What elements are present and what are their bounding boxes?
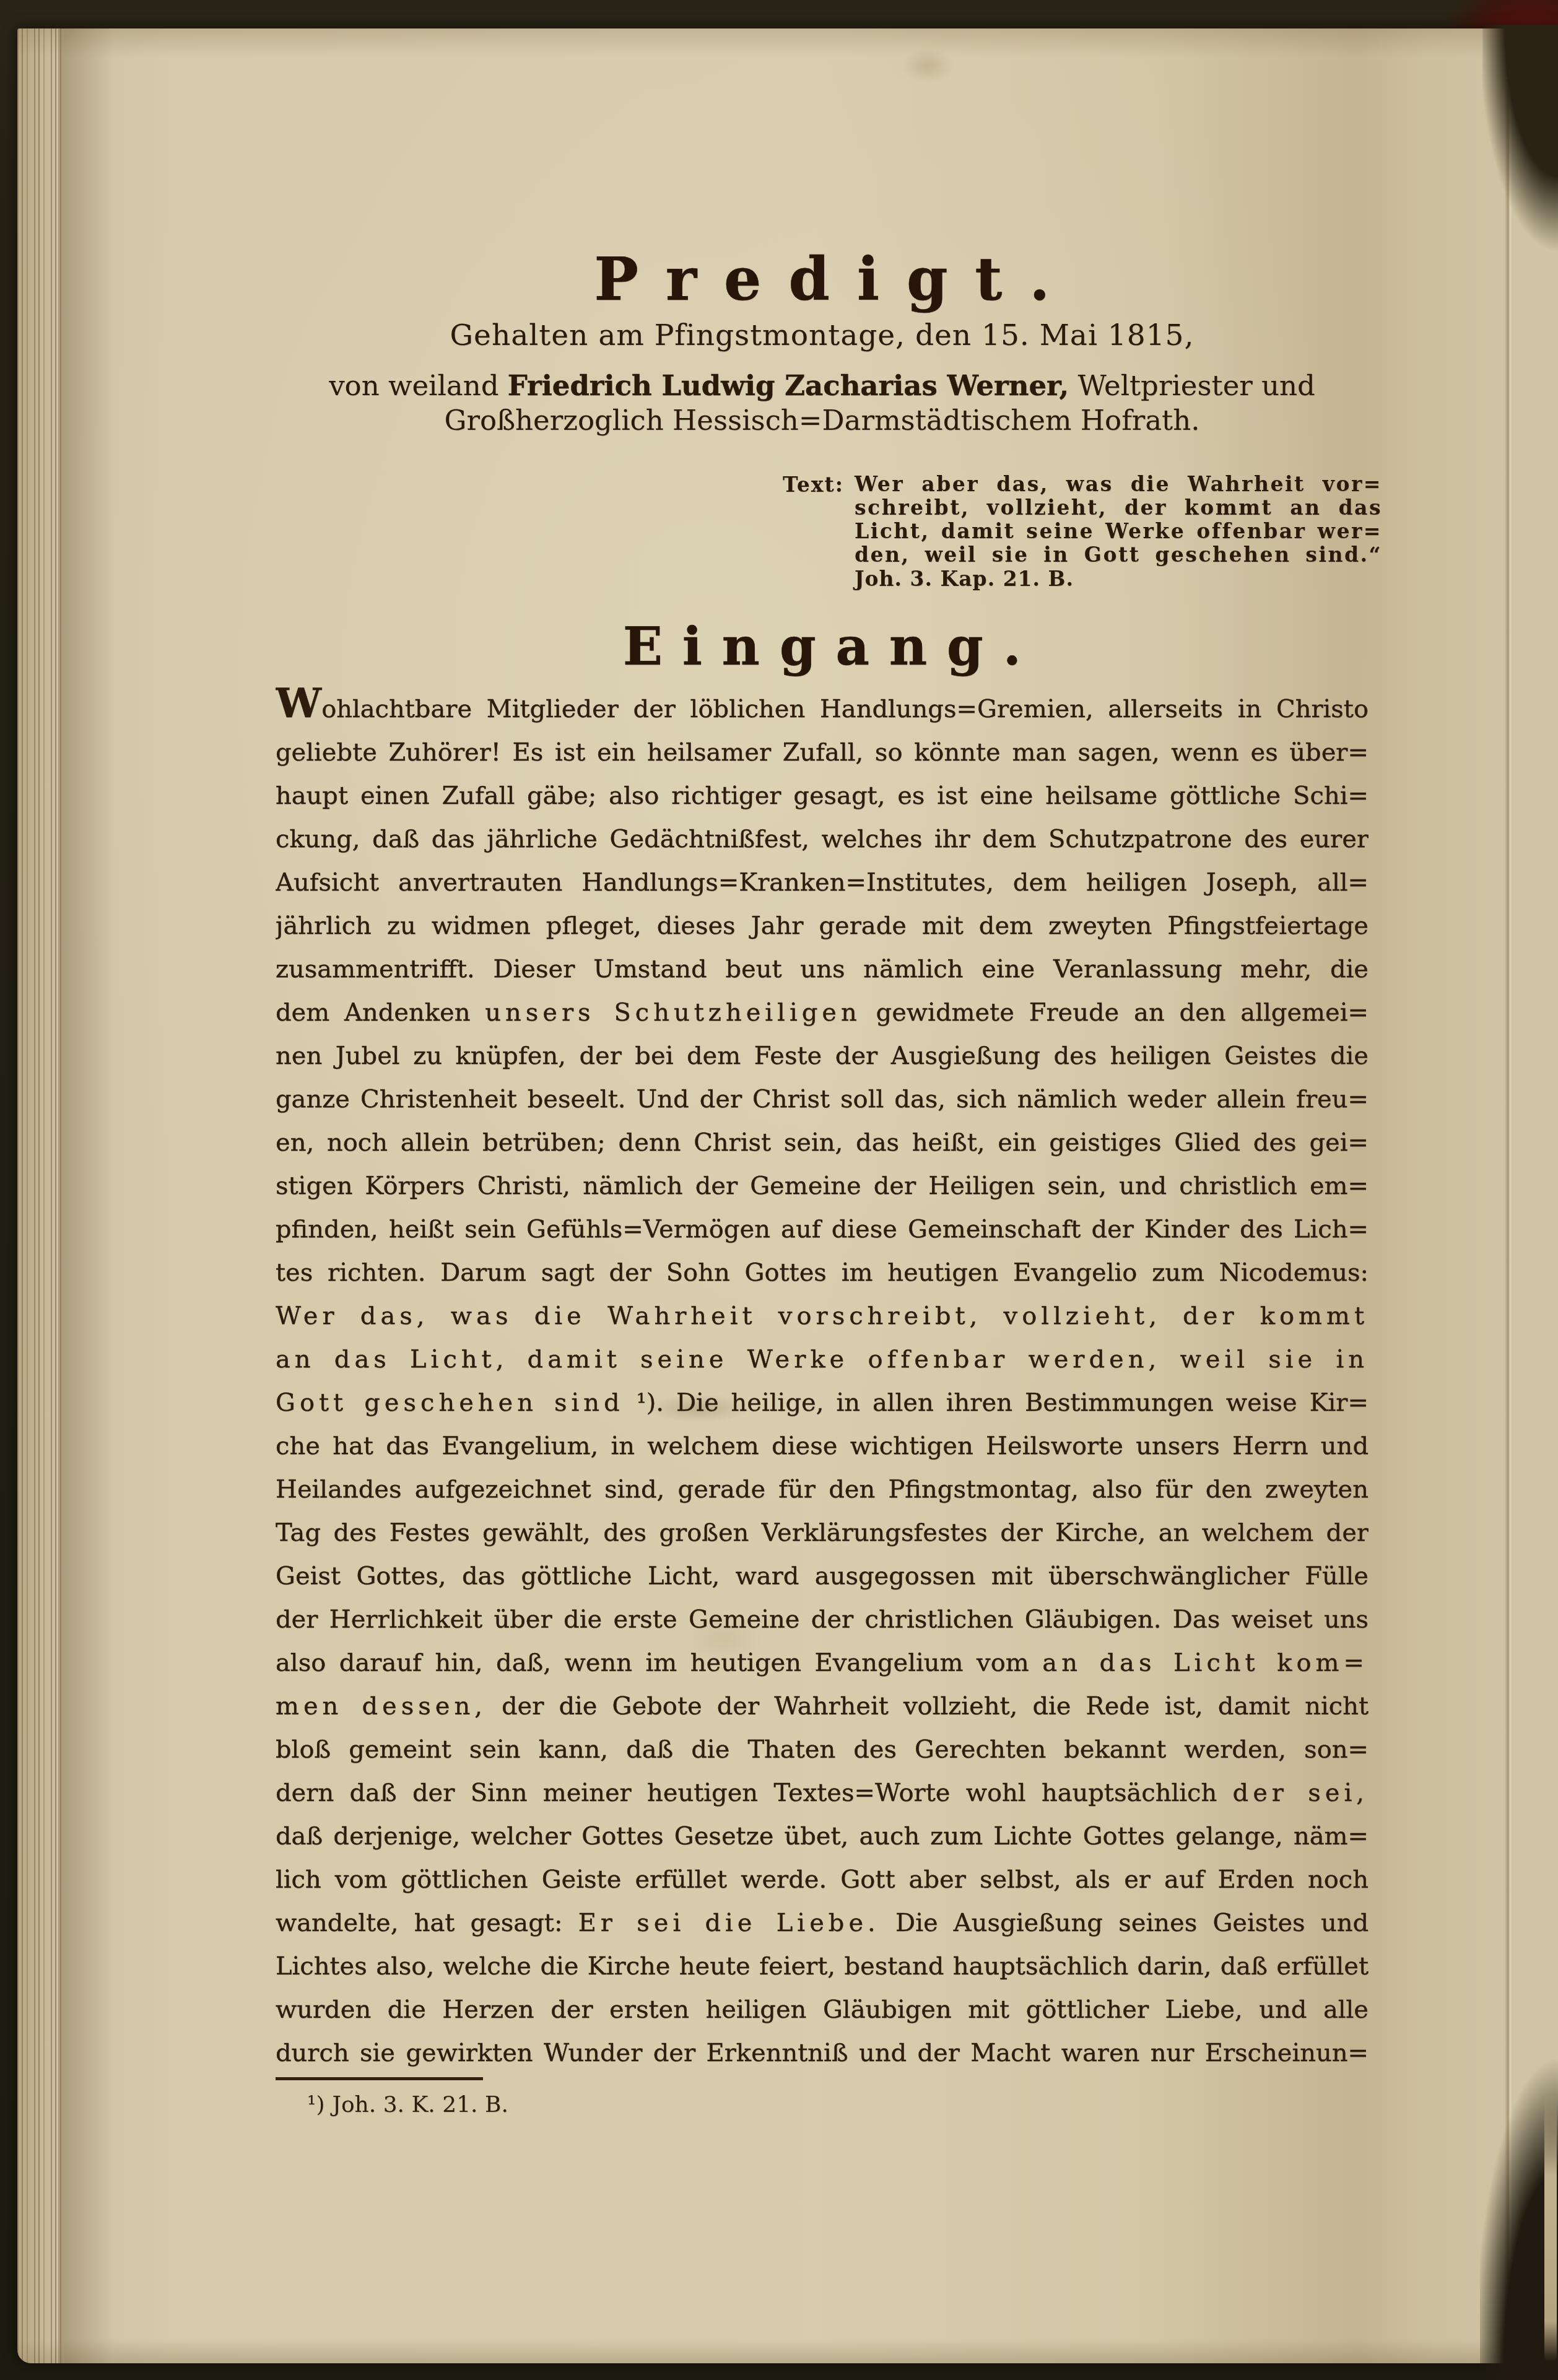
- body-line: Geist Gottes, das göttliche Licht, ward …: [276, 1554, 1369, 1598]
- author-line: von weiland Friedrich Ludwig Zacharias W…: [276, 369, 1369, 402]
- body-text: lich vom göttlichen Geiste erfüllet werd…: [276, 1865, 1369, 1894]
- body-line: Aufsicht anvertrauten Handlungs=Kranken=…: [276, 861, 1369, 904]
- body-text: Geist Gottes, das göttliche Licht, ward …: [276, 1562, 1369, 1590]
- sermon-occasion: Gehalten am Pfingstmontage, den 15. Mai …: [276, 318, 1369, 352]
- body-text: dem Andenken: [276, 998, 485, 1027]
- body-text: Die Ausgießung seines Geistes und: [880, 1909, 1369, 1937]
- author-prefix: von weiland: [329, 369, 508, 402]
- body-text: der die Gebote der Wahrheit vollzieht, d…: [487, 1692, 1369, 1720]
- body-text: geliebte Zuhörer! Es ist ein heilsamer Z…: [276, 738, 1369, 767]
- body-line: Wer das, was die Wahrheit vorschreibt, v…: [276, 1294, 1369, 1338]
- emphasized-spaced-text: Gott geschehen sind: [276, 1388, 624, 1417]
- body-text: nen Jubel zu knüpfen, der bei dem Feste …: [276, 1042, 1369, 1070]
- drop-cap: W: [276, 687, 321, 727]
- body-line: also darauf hin, daß, wenn im heutigen E…: [276, 1641, 1369, 1685]
- body-text: ckung, daß das jährliche Gedächtnißfest,…: [276, 825, 1369, 853]
- body-text: ¹). Die heilige, in allen ihren Bestimmu…: [624, 1388, 1369, 1417]
- body-text: haupt einen Zufall gäbe; also richtiger …: [276, 782, 1369, 810]
- body-line: dem Andenken unsers Schutzheiligen gewid…: [276, 991, 1369, 1034]
- body-text: wurden die Herzen der ersten heiligen Gl…: [276, 1995, 1369, 2024]
- author-name: Friedrich Ludwig Zacharias Werner,: [508, 369, 1069, 402]
- body-text: Heilandes aufgezeichnet sind, gerade für…: [276, 1475, 1369, 1504]
- body-text: che hat das Evangelium, in welchem diese…: [276, 1432, 1369, 1460]
- next-page-edge: [1544, 2095, 1557, 2361]
- epigraph-line: Wer aber das, was die Wahrheit vor=: [855, 473, 1382, 496]
- body-line: tes richten. Darum sagt der Sohn Gottes …: [276, 1251, 1369, 1294]
- body-text: Aufsicht anvertrauten Handlungs=Kranken=…: [276, 868, 1369, 897]
- page-crease: [1505, 28, 1512, 2363]
- epigraph-line: den, weil sie in Gott geschehen sind.“: [855, 543, 1382, 567]
- author-suffix: Weltpriester und: [1069, 369, 1315, 402]
- body-line: der Herrlichkeit über die erste Gemeine …: [276, 1598, 1369, 1641]
- body-line: wandelte, hat gesagt: Er sei die Liebe. …: [276, 1901, 1369, 1945]
- emphasized-spaced-text: Er sei die Liebe.: [578, 1909, 880, 1937]
- epigraph-line: Licht, damit seine Werke offenbar wer=: [855, 520, 1382, 543]
- body-text: bloß gemeint sein kann, daß die Thaten d…: [276, 1735, 1369, 1764]
- epigraph-block: Text: Wer aber das, was die Wahrheit vor…: [855, 473, 1382, 591]
- body-text: pfinden, heißt sein Gefühls=Vermögen auf…: [276, 1215, 1369, 1244]
- body-text: stigen Körpers Christi, nämlich der Geme…: [276, 1172, 1369, 1200]
- body-line: Tag des Festes gewählt, des großen Verkl…: [276, 1511, 1369, 1554]
- body-text: tes richten. Darum sagt der Sohn Gottes …: [276, 1258, 1369, 1287]
- sermon-title: Predigt.: [276, 245, 1369, 314]
- emphasized-spaced-text: men dessen,: [276, 1692, 487, 1720]
- body-line: daß derjenige, welcher Gottes Gesetze üb…: [276, 1815, 1369, 1858]
- body-text: dern daß der Sinn meiner heutigen Textes…: [276, 1779, 1233, 1807]
- body-line: durch sie gewirkten Wunder der Erkenntni…: [276, 2031, 1369, 2075]
- body-line: ckung, daß das jährliche Gedächtnißfest,…: [276, 817, 1369, 861]
- body-text: ohlachtbare Mitglieder der löblichen Han…: [321, 695, 1369, 723]
- body-text: der Herrlichkeit über die erste Gemeine …: [276, 1605, 1369, 1634]
- body-line: men dessen, der die Gebote der Wahrheit …: [276, 1685, 1369, 1728]
- body-line: lich vom göttlichen Geiste erfüllet werd…: [276, 1858, 1369, 1901]
- emphasized-spaced-text: Wer das, was die Wahrheit vorschreibt, v…: [276, 1302, 1369, 1330]
- body-text: ganze Christenheit beseelt. Und der Chri…: [276, 1085, 1369, 1114]
- body-text: durch sie gewirkten Wunder der Erkenntni…: [276, 2039, 1369, 2067]
- body-text: zusammentrifft. Dieser Umstand beut uns …: [276, 955, 1369, 983]
- body-text: wandelte, hat gesagt:: [276, 1909, 578, 1937]
- body-line: Wohlachtbare Mitglieder der löblichen Ha…: [276, 687, 1369, 731]
- epigraph-line: schreibt, vollzieht, der kommt an das: [855, 496, 1382, 520]
- body-line: bloß gemeint sein kann, daß die Thaten d…: [276, 1728, 1369, 1771]
- epigraph-citation: Joh. 3. Kap. 21. B.: [855, 567, 1382, 591]
- body-line: en, noch allein betrüben; denn Christ se…: [276, 1121, 1369, 1164]
- body-line: Lichtes also, welche die Kirche heute fe…: [276, 1945, 1369, 1988]
- body-line: ganze Christenheit beseelt. Und der Chri…: [276, 1078, 1369, 1121]
- emphasized-spaced-text: an das Licht, damit seine Werke offenbar…: [276, 1345, 1369, 1374]
- body-text: gewidmete Freude an den allgemei=: [861, 998, 1369, 1027]
- body-line: geliebte Zuhörer! Es ist ein heilsamer Z…: [276, 731, 1369, 774]
- body-text: daß derjenige, welcher Gottes Gesetze üb…: [276, 1822, 1369, 1850]
- footnote-rule: [276, 2077, 483, 2080]
- body-text: jährlich zu widmen pfleget, dieses Jahr …: [276, 912, 1369, 940]
- body-text: Lichtes also, welche die Kirche heute fe…: [276, 1952, 1369, 1981]
- footnote-text: Joh. 3. K. 21. B.: [332, 2092, 508, 2117]
- footnote: ¹)Joh. 3. K. 21. B.: [307, 2092, 508, 2117]
- body-line: pfinden, heißt sein Gefühls=Vermögen auf…: [276, 1208, 1369, 1251]
- body-line: haupt einen Zufall gäbe; also richtiger …: [276, 774, 1369, 817]
- scanned-book-page: Predigt. Gehalten am Pfingstmontage, den…: [0, 0, 1558, 2380]
- emphasized-spaced-text: an das Licht kom=: [1042, 1649, 1369, 1677]
- epigraph-lines: Wer aber das, was die Wahrheit vor=schre…: [855, 473, 1382, 567]
- sermon-body: Wohlachtbare Mitglieder der löblichen Ha…: [276, 687, 1369, 2075]
- gutter-shadow: [58, 28, 114, 2363]
- binding-shadow-top-right: [1482, 25, 1558, 316]
- body-line: stigen Körpers Christi, nämlich der Geme…: [276, 1164, 1369, 1208]
- body-line: nen Jubel zu knüpfen, der bei dem Feste …: [276, 1034, 1369, 1078]
- body-line: wurden die Herzen der ersten heiligen Gl…: [276, 1988, 1369, 2031]
- body-text: en, noch allein betrüben; denn Christ se…: [276, 1128, 1369, 1157]
- body-text: Tag des Festes gewählt, des großen Verkl…: [276, 1519, 1369, 1547]
- body-line: zusammentrifft. Dieser Umstand beut uns …: [276, 948, 1369, 991]
- body-line: an das Licht, damit seine Werke offenbar…: [276, 1338, 1369, 1381]
- body-text: also darauf hin, daß, wenn im heutigen E…: [276, 1649, 1042, 1677]
- section-heading-eingang: Eingang.: [276, 616, 1369, 677]
- body-line: dern daß der Sinn meiner heutigen Textes…: [276, 1771, 1369, 1815]
- epigraph-label: Text:: [783, 473, 844, 497]
- emphasized-spaced-text: unsers Schutzheiligen: [485, 998, 861, 1027]
- footnote-marker: ¹): [307, 2092, 324, 2117]
- page-edge-stack: [17, 28, 64, 2363]
- book-page: Predigt. Gehalten am Pfingstmontage, den…: [17, 28, 1558, 2363]
- body-line: Heilandes aufgezeichnet sind, gerade für…: [276, 1468, 1369, 1511]
- body-line: Gott geschehen sind ¹). Die heilige, in …: [276, 1381, 1369, 1424]
- emphasized-spaced-text: der sei,: [1233, 1779, 1369, 1807]
- body-line: che hat das Evangelium, in welchem diese…: [276, 1424, 1369, 1468]
- author-title-line: Großherzoglich Hessisch=Darmstädtischem …: [276, 404, 1369, 437]
- body-line: jährlich zu widmen pfleget, dieses Jahr …: [276, 904, 1369, 948]
